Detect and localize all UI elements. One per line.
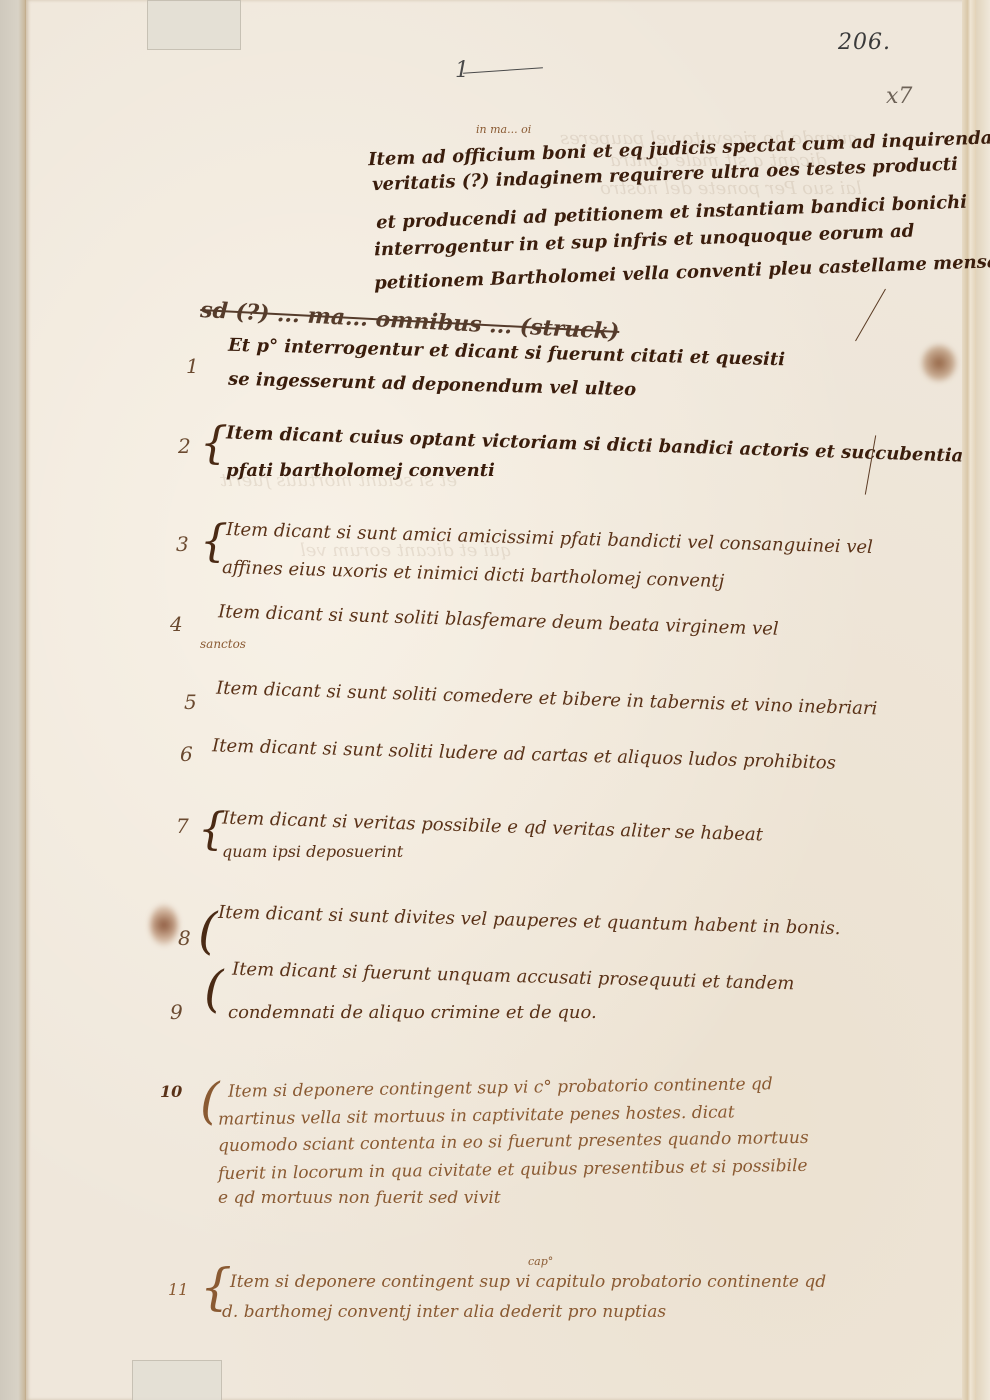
item-line: e qd mortuus non fuerit sed vivit [218, 1190, 501, 1207]
item-number: 4 [170, 612, 183, 636]
item-number: 2 [178, 434, 191, 458]
corner-mark: x7 [886, 84, 912, 109]
item-number: 6 [180, 742, 193, 766]
ink-stain-right [922, 345, 956, 381]
item-number: 10 [160, 1082, 182, 1101]
item-number: 8 [178, 926, 191, 950]
superscript-note: cap° [528, 1256, 553, 1267]
item-number: 3 [176, 532, 189, 556]
item-number: 11 [168, 1280, 188, 1299]
item-line: condemnati de aliquo crimine et de quo. [228, 1004, 597, 1022]
item-line: quam ipsi deposuerint [222, 844, 403, 860]
repair-tape-top [147, 0, 241, 50]
item-number: 1 [186, 354, 199, 378]
repair-tape-bottom [132, 1360, 222, 1400]
book-binding-gutter [0, 0, 26, 1400]
item-line: d. barthomej conventj inter alia dederit… [222, 1304, 666, 1321]
item-line: Item si deponere contingent sup vi capit… [230, 1274, 826, 1291]
outer-page-edge [976, 0, 990, 1400]
item-line: pfati bartholomej conventi [226, 462, 495, 480]
folio-number: 206. [838, 30, 891, 55]
item-number: 7 [176, 814, 189, 838]
item-line: sanctos [200, 638, 246, 650]
item-brace: { [200, 422, 228, 466]
item-number: 5 [184, 690, 197, 714]
item-brace: ( [204, 964, 224, 1014]
ink-stain-left [150, 905, 178, 945]
item-brace: ( [200, 1076, 220, 1126]
page-top-mark: 1 [455, 58, 469, 83]
item-brace: ( [198, 906, 218, 956]
interlinear-note: in ma... oi [476, 124, 531, 135]
item-number: 9 [170, 1000, 183, 1024]
